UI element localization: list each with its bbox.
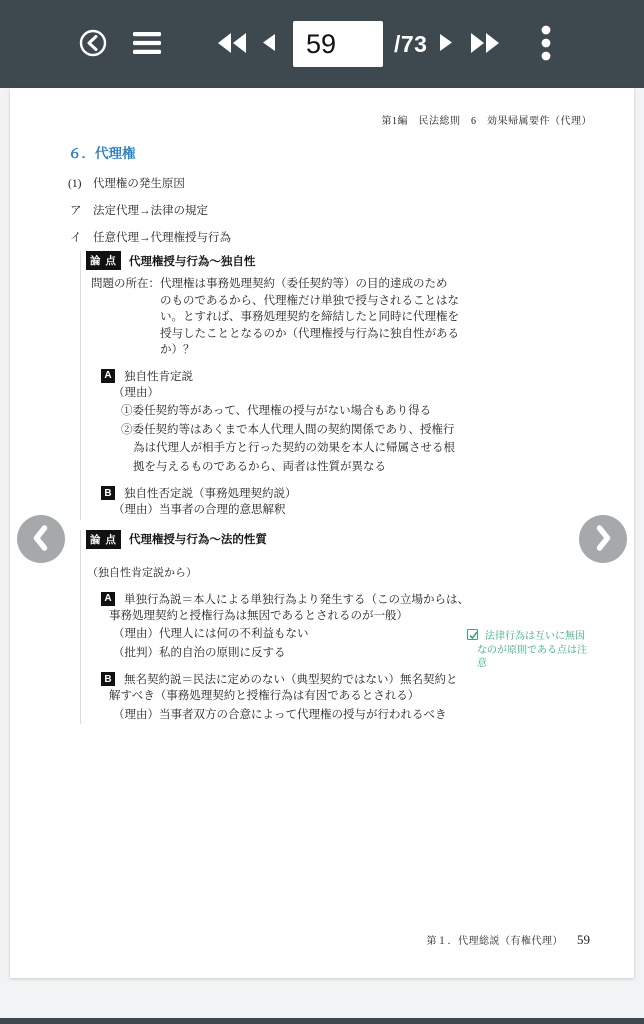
view-a-badge: A: [101, 369, 115, 383]
view-a-row: A 独自性肯定説: [81, 368, 504, 384]
reason-line: 拠を与えるものであるから、両者は性質が異なる: [81, 458, 504, 477]
topic-block-legal-nature: 論 点 代理権授与行為～法的性質 （独自性肯定説から） A 単独行為説＝本人によ…: [80, 530, 504, 725]
checkbox-checked-icon: [467, 629, 478, 640]
footer-section-label: 第１．代理総説（有権代理）: [427, 932, 564, 947]
view-b-row: B 無名契約説＝民法に定めのない（典型契約ではない）無名契約と: [81, 671, 504, 687]
view-a-row: A 単独行為説＝本人による単独行為より発生する（この立場からは、: [81, 591, 504, 607]
section-title: ６．代理権: [10, 142, 634, 162]
previous-page-circle-button[interactable]: [17, 515, 65, 563]
margin-note-line: 意: [477, 657, 601, 671]
total-pages-label: /73: [394, 31, 427, 58]
view-b-line: 解すべき（事務処理契約と授権行為は有因であるとされる）: [81, 687, 504, 706]
page-header-text: 第1編 民法総則 6 効果帰属要件（代理）: [10, 112, 634, 127]
topic-block-independence: 論 点 代理権授与行為～独自性 問題の所在：代理権は事務処理契約（委任契約等）の…: [80, 251, 504, 520]
document-page: 第1編 民法総則 6 効果帰属要件（代理） ６．代理権 (1) 代理権の発生原因…: [10, 88, 634, 978]
fast-rewind-button[interactable]: [218, 33, 247, 56]
problem-line: のものであるから、代理権だけ単独で授与されることはな: [81, 293, 504, 310]
view-a-badge: A: [101, 592, 115, 606]
topic-title: 代理権授与行為～法的性質: [129, 531, 267, 547]
previous-page-icon: [263, 34, 275, 54]
chevron-right-icon: [579, 514, 627, 565]
reason-line: ②委任契約等はあくまで本人代理人間の契約関係であり、授権行: [81, 421, 504, 440]
reason-label: （理由）: [81, 384, 504, 403]
fast-forward-icon: [470, 33, 499, 56]
problem-line: 授与したこととなるのか（代理権授与行為に独自性がある: [81, 326, 504, 343]
menu-button[interactable]: [132, 31, 162, 58]
view-b-row: B 独自性否定説（事務処理契約説）: [81, 485, 504, 501]
problem-statement: 問題の所在：代理権は事務処理契約（委任契約等）の目的達成のため のものであるから…: [81, 276, 504, 359]
previous-page-button[interactable]: [263, 34, 275, 54]
reason-line: （理由）当事者双方の合意によって代理権の授与が行われるべき: [81, 706, 504, 725]
next-page-icon: [440, 34, 452, 54]
intro-item-1: (1) 代理権の発生原因: [10, 175, 634, 191]
reason-line: 為は代理人が相手方と行った契約の効果を本人に帰属させる根: [81, 439, 504, 458]
next-page-circle-button[interactable]: [579, 515, 627, 563]
intro-item-a: ア 法定代理→法律の規定: [10, 202, 634, 218]
view-a-title: 独自性肯定説: [124, 368, 193, 384]
ronten-badge: 論 点: [86, 530, 121, 549]
reason-line: ①委任契約等があって、代理権の授与がない場合もあり得る: [81, 402, 504, 421]
view-b-title: 無名契約説＝民法に定めのない（典型契約ではない）無名契約と: [124, 671, 458, 687]
critique-line: （批判）私的自治の原則に反する: [81, 644, 504, 663]
view-a-line: 事務処理契約と授権行為は無因であるとされるのが一般）: [81, 607, 504, 626]
margin-note-line: 法律行為は互いに無因: [485, 631, 585, 642]
arrow-left-circle-icon: [78, 28, 108, 61]
toolbar: /73: [0, 0, 644, 88]
ronten-badge: 論 点: [86, 251, 121, 270]
back-button[interactable]: [78, 28, 108, 61]
page-footer: 第１．代理総説（有権代理） 59: [427, 932, 591, 948]
view-b-badge: B: [101, 486, 115, 500]
next-page-button[interactable]: [440, 34, 452, 54]
view-b-title: 独自性否定説（事務処理契約説）: [124, 485, 297, 501]
problem-line: い。とすれば、事務処理契約を締結したと同時に代理権を: [81, 309, 504, 326]
premise-line: （独自性肯定説から）: [81, 564, 504, 580]
view-a-title: 単独行為説＝本人による単独行為より発生する（この立場からは、: [124, 591, 469, 607]
view-b-badge: B: [101, 672, 115, 686]
problem-line: か）？: [81, 342, 504, 359]
more-vertical-icon: [541, 25, 551, 64]
more-options-button[interactable]: [541, 25, 551, 64]
problem-line: 問題の所在：代理権は事務処理契約（委任契約等）の目的達成のため: [81, 276, 504, 293]
footer-page-number: 59: [577, 932, 590, 948]
margin-note-line: なのが原則である点は注: [477, 644, 601, 658]
reason-line: （理由）当事者の合理的意思解釈: [81, 501, 504, 520]
reason-line: （理由）代理人には何の不利益もない: [81, 625, 504, 644]
hamburger-menu-icon: [132, 31, 162, 58]
bottom-toolbar-edge: [0, 1018, 644, 1024]
page-number-input[interactable]: [293, 21, 383, 67]
fast-forward-button[interactable]: [470, 33, 499, 56]
topic-title: 代理権授与行為～独自性: [129, 253, 256, 269]
chevron-left-icon: [17, 514, 65, 565]
margin-note: 法律行為は互いに無因 なのが原則である点は注 意: [467, 629, 601, 671]
fast-rewind-icon: [218, 33, 247, 56]
intro-item-i: イ 任意代理→代理権授与行為: [10, 229, 634, 245]
